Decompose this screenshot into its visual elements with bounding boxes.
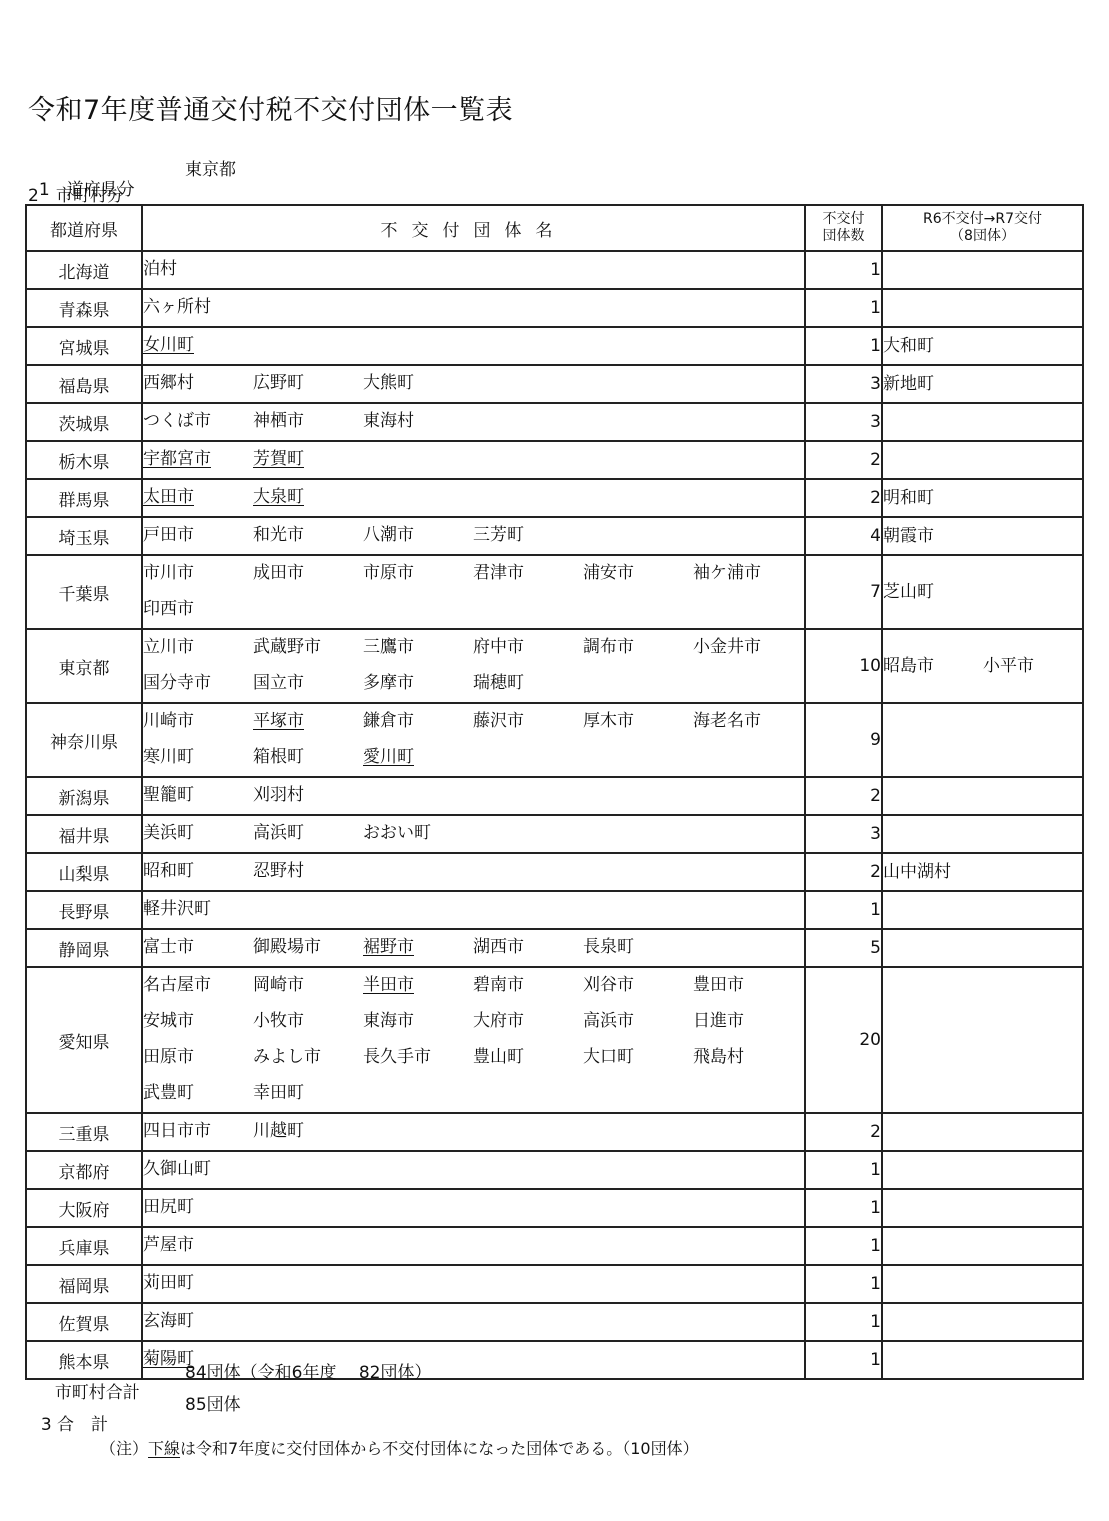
municipality-name-text: 和光市 bbox=[253, 525, 304, 545]
municipality-name: 鎌倉市 bbox=[363, 704, 473, 738]
prefecture-cell: 東京都 bbox=[26, 629, 142, 703]
prefecture-cell: 福岡県 bbox=[26, 1265, 142, 1303]
municipality-name: 寒川町 bbox=[143, 740, 253, 774]
count-cell: 2 bbox=[805, 853, 882, 891]
municipality-names-cell: 聖籠町刈羽村 bbox=[142, 777, 805, 815]
header-r6-line2: （8団体） bbox=[883, 228, 1082, 245]
municipality-line: つくば市神栖市東海村 bbox=[143, 404, 804, 440]
count-cell: 3 bbox=[805, 815, 882, 853]
municipality-line: 四日市市川越町 bbox=[143, 1114, 804, 1150]
municipality-name: 瑞穂町 bbox=[473, 666, 583, 700]
municipality-line: 安城市小牧市東海市大府市高浜市日進市 bbox=[143, 1004, 804, 1040]
prefecture-cell: 大阪府 bbox=[26, 1189, 142, 1227]
r6-municipality-name: 山中湖村 bbox=[883, 855, 983, 889]
municipality-name-text: 平塚市 bbox=[253, 711, 304, 731]
municipality-name-text: 碧南市 bbox=[473, 975, 524, 995]
municipality-name: 名古屋市 bbox=[143, 968, 253, 1002]
grand-total-label: 3 合 計 bbox=[41, 1415, 108, 1435]
non-grant-table: 都道府県 不交付団体名 不交付 団体数 R6不交付→R7交付 （8団体） 北海道… bbox=[25, 204, 1084, 1380]
table-row: 愛知県名古屋市岡崎市半田市碧南市刈谷市豊田市安城市小牧市東海市大府市高浜市日進市… bbox=[26, 967, 1083, 1113]
r6-to-r7-cell: 山中湖村 bbox=[882, 853, 1083, 891]
municipality-names-cell: 太田市大泉町 bbox=[142, 479, 805, 517]
municipality-name: 豊山町 bbox=[473, 1040, 583, 1074]
municipality-name-text: 袖ケ浦市 bbox=[693, 563, 761, 583]
prefecture-cell: 群馬県 bbox=[26, 479, 142, 517]
prefecture-cell: 栃木県 bbox=[26, 441, 142, 479]
page-title: 令和7年度普通交付税不交付団体一覧表 bbox=[28, 88, 513, 127]
municipality-name-text: 芦屋市 bbox=[143, 1235, 194, 1255]
municipality-name-text: つくば市 bbox=[143, 411, 211, 431]
municipality-name-text: 昭和町 bbox=[143, 861, 194, 881]
municipality-name: 武豊町 bbox=[143, 1076, 253, 1110]
r6-to-r7-cell bbox=[882, 1113, 1083, 1151]
table-row: 新潟県聖籠町刈羽村2 bbox=[26, 777, 1083, 815]
r6-to-r7-cell bbox=[882, 929, 1083, 967]
table-row: 埼玉県戸田市和光市八潮市三芳町4朝霞市 bbox=[26, 517, 1083, 555]
header-count-line1: 不交付 bbox=[806, 211, 881, 228]
municipality-names-cell: 宇都宮市芳賀町 bbox=[142, 441, 805, 479]
municipality-name: つくば市 bbox=[143, 404, 253, 438]
municipality-name: 六ヶ所村 bbox=[143, 290, 253, 324]
r6-to-r7-cell bbox=[882, 1303, 1083, 1341]
municipality-name: 大口町 bbox=[583, 1040, 693, 1074]
r6-municipality-name: 昭島市 bbox=[883, 649, 983, 683]
count-cell: 1 bbox=[805, 289, 882, 327]
prefecture-cell: 北海道 bbox=[26, 251, 142, 289]
municipality-name-text: みよし市 bbox=[253, 1047, 321, 1067]
prefecture-cell: 静岡県 bbox=[26, 929, 142, 967]
municipality-name-text: 西郷村 bbox=[143, 373, 194, 393]
municipality-name-text: 芳賀町 bbox=[253, 449, 304, 469]
municipality-name-text: 立川市 bbox=[143, 637, 194, 657]
municipality-name: 三鷹市 bbox=[363, 630, 473, 664]
municipality-names-cell: 泊村 bbox=[142, 251, 805, 289]
municipality-name-text: 成田市 bbox=[253, 563, 304, 583]
count-cell: 1 bbox=[805, 1189, 882, 1227]
municipality-name-text: 飛島村 bbox=[693, 1047, 744, 1067]
r6-municipality-name: 芝山町 bbox=[883, 575, 983, 609]
municipality-line: 苅田町 bbox=[143, 1266, 804, 1302]
municipality-name-text: 刈羽村 bbox=[253, 785, 304, 805]
r6-municipality-name: 小平市 bbox=[983, 649, 1083, 683]
table-row: 茨城県つくば市神栖市東海村3 bbox=[26, 403, 1083, 441]
count-cell: 9 bbox=[805, 703, 882, 777]
municipality-name-text: 高浜市 bbox=[583, 1011, 634, 1031]
count-cell: 2 bbox=[805, 1113, 882, 1151]
prefecture-cell: 三重県 bbox=[26, 1113, 142, 1151]
municipality-name-new: 芳賀町 bbox=[253, 442, 363, 476]
table-row: 群馬県太田市大泉町2明和町 bbox=[26, 479, 1083, 517]
municipality-name-text: 名古屋市 bbox=[143, 975, 211, 995]
prefecture-cell: 長野県 bbox=[26, 891, 142, 929]
municipality-name-new: 半田市 bbox=[363, 968, 473, 1002]
count-cell: 3 bbox=[805, 403, 882, 441]
municipality-name: 袖ケ浦市 bbox=[693, 556, 803, 590]
municipality-names-cell: 六ヶ所村 bbox=[142, 289, 805, 327]
municipality-name: 刈谷市 bbox=[583, 968, 693, 1002]
municipality-name: 府中市 bbox=[473, 630, 583, 664]
municipality-name-text: 東海村 bbox=[363, 411, 414, 431]
municipality-name: 碧南市 bbox=[473, 968, 583, 1002]
municipality-names-cell: 四日市市川越町 bbox=[142, 1113, 805, 1151]
count-cell: 1 bbox=[805, 1151, 882, 1189]
municipality-name: 市川市 bbox=[143, 556, 253, 590]
municipality-name-text: 神栖市 bbox=[253, 411, 304, 431]
r6-to-r7-cell bbox=[882, 703, 1083, 777]
header-names: 不交付団体名 bbox=[142, 205, 805, 251]
municipality-line: 六ヶ所村 bbox=[143, 290, 804, 326]
municipality-name-text: 裾野市 bbox=[363, 937, 414, 957]
table-row: 福岡県苅田町1 bbox=[26, 1265, 1083, 1303]
municipality-name-text: 東海市 bbox=[363, 1011, 414, 1031]
municipality-name: 幸田町 bbox=[253, 1076, 363, 1110]
table-row: 三重県四日市市川越町2 bbox=[26, 1113, 1083, 1151]
municipality-name-text: 日進市 bbox=[693, 1011, 744, 1031]
municipality-names-cell: 女川町 bbox=[142, 327, 805, 365]
table-header-row: 都道府県 不交付団体名 不交付 団体数 R6不交付→R7交付 （8団体） bbox=[26, 205, 1083, 251]
municipality-name-text: 市川市 bbox=[143, 563, 194, 583]
municipality-name: 武蔵野市 bbox=[253, 630, 363, 664]
municipality-name: 聖籠町 bbox=[143, 778, 253, 812]
footnote-text: は令和7年度に交付団体から不交付団体になった団体である。（10団体） bbox=[180, 1439, 699, 1458]
count-cell: 2 bbox=[805, 479, 882, 517]
table-row: 京都府久御山町1 bbox=[26, 1151, 1083, 1189]
municipality-name-text: 厚木市 bbox=[583, 711, 634, 731]
municipality-name: 国分寺市 bbox=[143, 666, 253, 700]
municipality-name-text: 幸田町 bbox=[253, 1083, 304, 1103]
municipality-name: 豊田市 bbox=[693, 968, 803, 1002]
prefecture-cell: 福井県 bbox=[26, 815, 142, 853]
municipality-name-new: 大泉町 bbox=[253, 480, 363, 514]
r6-to-r7-cell bbox=[882, 289, 1083, 327]
municipality-line: 戸田市和光市八潮市三芳町 bbox=[143, 518, 804, 554]
footnote-prefix: （注） bbox=[100, 1439, 148, 1458]
prefecture-cell: 京都府 bbox=[26, 1151, 142, 1189]
municipality-name-text: 三鷹市 bbox=[363, 637, 414, 657]
count-cell: 2 bbox=[805, 777, 882, 815]
r6-to-r7-cell: 芝山町 bbox=[882, 555, 1083, 629]
municipality-line: 聖籠町刈羽村 bbox=[143, 778, 804, 814]
municipality-name: 小牧市 bbox=[253, 1004, 363, 1038]
municipality-name: 湖西市 bbox=[473, 930, 583, 964]
municipality-line: 太田市大泉町 bbox=[143, 480, 804, 516]
r6-to-r7-cell bbox=[882, 441, 1083, 479]
count-cell: 10 bbox=[805, 629, 882, 703]
municipality-name: 田尻町 bbox=[143, 1190, 253, 1224]
municipality-name: 昭和町 bbox=[143, 854, 253, 888]
municipality-names-cell: 軽井沢町 bbox=[142, 891, 805, 929]
header-r6-line1: R6不交付→R7交付 bbox=[883, 211, 1082, 228]
municipality-name-text: 浦安市 bbox=[583, 563, 634, 583]
municipality-name-text: 君津市 bbox=[473, 563, 524, 583]
municipality-name: 美浜町 bbox=[143, 816, 253, 850]
municipality-name-text: 府中市 bbox=[473, 637, 524, 657]
municipality-name: 印西市 bbox=[143, 592, 253, 626]
municipality-name: 東海村 bbox=[363, 404, 473, 438]
municipality-name: 芦屋市 bbox=[143, 1228, 253, 1262]
municipality-name: 長泉町 bbox=[583, 930, 693, 964]
municipality-name-text: 田原市 bbox=[143, 1047, 194, 1067]
municipality-names-cell: 立川市武蔵野市三鷹市府中市調布市小金井市国分寺市国立市多摩市瑞穂町 bbox=[142, 629, 805, 703]
municipality-name-text: 小牧市 bbox=[253, 1011, 304, 1031]
table-row: 兵庫県芦屋市1 bbox=[26, 1227, 1083, 1265]
municipality-names-cell: 田尻町 bbox=[142, 1189, 805, 1227]
prefecture-cell: 佐賀県 bbox=[26, 1303, 142, 1341]
table-row: 栃木県宇都宮市芳賀町2 bbox=[26, 441, 1083, 479]
municipality-name-text: 大府市 bbox=[473, 1011, 524, 1031]
count-cell: 5 bbox=[805, 929, 882, 967]
municipality-name-text: 高浜町 bbox=[253, 823, 304, 843]
municipality-line: 国分寺市国立市多摩市瑞穂町 bbox=[143, 666, 804, 702]
municipality-name: 安城市 bbox=[143, 1004, 253, 1038]
r6-to-r7-cell bbox=[882, 1151, 1083, 1189]
municipality-name: 西郷村 bbox=[143, 366, 253, 400]
municipality-name: 調布市 bbox=[583, 630, 693, 664]
count-cell: 2 bbox=[805, 441, 882, 479]
municipality-name-text: 大口町 bbox=[583, 1047, 634, 1067]
table-row: 福井県美浜町高浜町おおい町3 bbox=[26, 815, 1083, 853]
table-row: 佐賀県玄海町1 bbox=[26, 1303, 1083, 1341]
municipality-names-cell: 名古屋市岡崎市半田市碧南市刈谷市豊田市安城市小牧市東海市大府市高浜市日進市田原市… bbox=[142, 967, 805, 1113]
r6-to-r7-cell bbox=[882, 251, 1083, 289]
count-cell: 1 bbox=[805, 251, 882, 289]
municipality-name-text: 太田市 bbox=[143, 487, 194, 507]
municipality-name: 君津市 bbox=[473, 556, 583, 590]
count-cell: 1 bbox=[805, 1265, 882, 1303]
municipality-names-cell: 玄海町 bbox=[142, 1303, 805, 1341]
municipal-total-value: 84団体（令和6年度 82団体） bbox=[185, 1358, 431, 1383]
r6-to-r7-cell bbox=[882, 967, 1083, 1113]
prefecture-cell: 福島県 bbox=[26, 365, 142, 403]
header-count: 不交付 団体数 bbox=[805, 205, 882, 251]
municipality-name-text: 鎌倉市 bbox=[363, 711, 414, 731]
footnote-underlined: 下線 bbox=[148, 1439, 180, 1458]
municipality-name-text: 安城市 bbox=[143, 1011, 194, 1031]
r6-to-r7-cell bbox=[882, 1227, 1083, 1265]
prefecture-cell: 神奈川県 bbox=[26, 703, 142, 777]
municipality-name-new: 平塚市 bbox=[253, 704, 363, 738]
municipality-line: 昭和町忍野村 bbox=[143, 854, 804, 890]
municipality-name: 国立市 bbox=[253, 666, 363, 700]
r6-municipality-name: 明和町 bbox=[883, 481, 983, 515]
municipality-name: 神栖市 bbox=[253, 404, 363, 438]
prefecture-cell: 愛知県 bbox=[26, 967, 142, 1113]
municipality-names-cell: 昭和町忍野村 bbox=[142, 853, 805, 891]
municipality-name: 広野町 bbox=[253, 366, 363, 400]
municipality-name: 田原市 bbox=[143, 1040, 253, 1074]
municipality-name-text: 武蔵野市 bbox=[253, 637, 321, 657]
table-row: 山梨県昭和町忍野村2山中湖村 bbox=[26, 853, 1083, 891]
header-prefecture: 都道府県 bbox=[26, 205, 142, 251]
table-row: 北海道泊村1 bbox=[26, 251, 1083, 289]
municipality-name-text: 忍野村 bbox=[253, 861, 304, 881]
municipality-line: 川崎市平塚市鎌倉市藤沢市厚木市海老名市 bbox=[143, 704, 804, 740]
municipality-line: 田原市みよし市長久手市豊山町大口町飛島村 bbox=[143, 1040, 804, 1076]
municipality-names-cell: 芦屋市 bbox=[142, 1227, 805, 1265]
table-row: 長野県軽井沢町1 bbox=[26, 891, 1083, 929]
municipality-name-text: 軽井沢町 bbox=[143, 899, 211, 919]
municipality-name: 川越町 bbox=[253, 1114, 363, 1148]
municipality-name: 軽井沢町 bbox=[143, 892, 253, 926]
municipality-line: 女川町 bbox=[143, 328, 804, 364]
grand-total-value: 85団体 bbox=[185, 1390, 241, 1415]
municipality-name: 日進市 bbox=[693, 1004, 803, 1038]
table-row: 青森県六ヶ所村1 bbox=[26, 289, 1083, 327]
table-row: 宮城県女川町1大和町 bbox=[26, 327, 1083, 365]
municipality-names-cell: 川崎市平塚市鎌倉市藤沢市厚木市海老名市寒川町箱根町愛川町 bbox=[142, 703, 805, 777]
municipality-name-text: 御殿場市 bbox=[253, 937, 321, 957]
municipality-name-text: 川崎市 bbox=[143, 711, 194, 731]
municipality-name-text: 半田市 bbox=[363, 975, 414, 995]
municipality-name: 成田市 bbox=[253, 556, 363, 590]
r6-to-r7-cell bbox=[882, 403, 1083, 441]
count-cell: 4 bbox=[805, 517, 882, 555]
municipality-name-text: 岡崎市 bbox=[253, 975, 304, 995]
municipality-name-text: 八潮市 bbox=[363, 525, 414, 545]
r6-municipality-name: 新地町 bbox=[883, 367, 983, 401]
count-cell: 1 bbox=[805, 327, 882, 365]
municipality-name-text: 小金井市 bbox=[693, 637, 761, 657]
prefecture-cell: 茨城県 bbox=[26, 403, 142, 441]
r6-to-r7-cell bbox=[882, 1341, 1083, 1379]
count-cell: 1 bbox=[805, 1227, 882, 1265]
municipality-name: 浦安市 bbox=[583, 556, 693, 590]
prefecture-cell: 埼玉県 bbox=[26, 517, 142, 555]
municipality-name: 飛島村 bbox=[693, 1040, 803, 1074]
municipality-name: 多摩市 bbox=[363, 666, 473, 700]
municipality-name-text: 富士市 bbox=[143, 937, 194, 957]
prefecture-cell: 宮城県 bbox=[26, 327, 142, 365]
municipality-name-text: 豊山町 bbox=[473, 1047, 524, 1067]
r6-to-r7-cell bbox=[882, 1189, 1083, 1227]
municipality-name-text: 苅田町 bbox=[143, 1273, 194, 1293]
municipality-name: 玄海町 bbox=[143, 1304, 253, 1338]
municipality-name-text: 長久手市 bbox=[363, 1047, 431, 1067]
municipality-name-text: 大熊町 bbox=[363, 373, 414, 393]
municipality-names-cell: 市川市成田市市原市君津市浦安市袖ケ浦市印西市 bbox=[142, 555, 805, 629]
prefecture-cell: 青森県 bbox=[26, 289, 142, 327]
municipality-name-new: 女川町 bbox=[143, 328, 253, 362]
municipality-name-text: 武豊町 bbox=[143, 1083, 194, 1103]
count-cell: 1 bbox=[805, 1303, 882, 1341]
municipality-names-cell: 美浜町高浜町おおい町 bbox=[142, 815, 805, 853]
municipality-name: 東海市 bbox=[363, 1004, 473, 1038]
count-cell: 1 bbox=[805, 891, 882, 929]
municipality-name: おおい町 bbox=[363, 816, 473, 850]
municipality-name-text: 多摩市 bbox=[363, 673, 414, 693]
municipality-name-text: 戸田市 bbox=[143, 525, 194, 545]
table-row: 神奈川県川崎市平塚市鎌倉市藤沢市厚木市海老名市寒川町箱根町愛川町9 bbox=[26, 703, 1083, 777]
municipality-line: 富士市御殿場市裾野市湖西市長泉町 bbox=[143, 930, 804, 966]
municipality-name: 高浜市 bbox=[583, 1004, 693, 1038]
municipality-name-text: 豊田市 bbox=[693, 975, 744, 995]
prefecture-cell: 兵庫県 bbox=[26, 1227, 142, 1265]
municipal-section-label: 2 市町村分 bbox=[28, 181, 124, 206]
municipality-name-new: 愛川町 bbox=[363, 740, 473, 774]
municipality-name-text: 美浜町 bbox=[143, 823, 194, 843]
municipality-name: 大熊町 bbox=[363, 366, 473, 400]
municipality-name-text: 市原市 bbox=[363, 563, 414, 583]
municipality-names-cell: 戸田市和光市八潮市三芳町 bbox=[142, 517, 805, 555]
municipality-name-text: 寒川町 bbox=[143, 747, 194, 767]
municipality-names-cell: 久御山町 bbox=[142, 1151, 805, 1189]
municipality-name: 藤沢市 bbox=[473, 704, 583, 738]
municipality-name: 立川市 bbox=[143, 630, 253, 664]
municipality-name-text: 三芳町 bbox=[473, 525, 524, 545]
municipality-name: 四日市市 bbox=[143, 1114, 253, 1148]
table-row: 福島県西郷村広野町大熊町3新地町 bbox=[26, 365, 1083, 403]
municipality-name-text: 六ヶ所村 bbox=[143, 297, 211, 317]
municipality-name: 富士市 bbox=[143, 930, 253, 964]
municipality-name-text: 箱根町 bbox=[253, 747, 304, 767]
municipality-name-new: 宇都宮市 bbox=[143, 442, 253, 476]
r6-to-r7-cell: 朝霞市 bbox=[882, 517, 1083, 555]
count-cell: 20 bbox=[805, 967, 882, 1113]
municipality-line: 芦屋市 bbox=[143, 1228, 804, 1264]
municipality-name: 箱根町 bbox=[253, 740, 363, 774]
municipality-line: 久御山町 bbox=[143, 1152, 804, 1188]
municipality-name-text: 長泉町 bbox=[583, 937, 634, 957]
municipality-name-text: 国立市 bbox=[253, 673, 304, 693]
grand-total: 3 合 計 85団体 bbox=[30, 1390, 108, 1455]
footnote: （注）下線は令和7年度に交付団体から不交付団体になった団体である。（10団体） bbox=[100, 1436, 699, 1459]
municipality-line: 名古屋市岡崎市半田市碧南市刈谷市豊田市 bbox=[143, 968, 804, 1004]
municipality-name: 高浜町 bbox=[253, 816, 363, 850]
header-r6-to-r7: R6不交付→R7交付 （8団体） bbox=[882, 205, 1083, 251]
municipality-name-text: 調布市 bbox=[583, 637, 634, 657]
municipality-line: 軽井沢町 bbox=[143, 892, 804, 928]
municipality-name: 苅田町 bbox=[143, 1266, 253, 1300]
municipality-name-text: 広野町 bbox=[253, 373, 304, 393]
municipality-name-new: 裾野市 bbox=[363, 930, 473, 964]
municipality-name-text: 玄海町 bbox=[143, 1311, 194, 1331]
municipality-name: みよし市 bbox=[253, 1040, 363, 1074]
municipality-name-new: 太田市 bbox=[143, 480, 253, 514]
prefecture-cell: 新潟県 bbox=[26, 777, 142, 815]
municipality-name: 小金井市 bbox=[693, 630, 803, 664]
municipality-name-text: 国分寺市 bbox=[143, 673, 211, 693]
r6-to-r7-cell bbox=[882, 891, 1083, 929]
municipality-names-cell: 西郷村広野町大熊町 bbox=[142, 365, 805, 403]
municipality-names-cell: つくば市神栖市東海村 bbox=[142, 403, 805, 441]
municipality-name: 久御山町 bbox=[143, 1152, 253, 1186]
r6-to-r7-cell: 明和町 bbox=[882, 479, 1083, 517]
municipality-name-text: 四日市市 bbox=[143, 1121, 211, 1141]
municipality-line: 美浜町高浜町おおい町 bbox=[143, 816, 804, 852]
municipality-line: 市川市成田市市原市君津市浦安市袖ケ浦市 bbox=[143, 556, 804, 592]
table-row: 千葉県市川市成田市市原市君津市浦安市袖ケ浦市印西市7芝山町 bbox=[26, 555, 1083, 629]
municipality-name-text: 海老名市 bbox=[693, 711, 761, 731]
municipality-name: 大府市 bbox=[473, 1004, 583, 1038]
municipality-name-text: 宇都宮市 bbox=[143, 449, 211, 469]
municipality-name: 八潮市 bbox=[363, 518, 473, 552]
count-cell: 3 bbox=[805, 365, 882, 403]
r6-to-r7-cell bbox=[882, 1265, 1083, 1303]
municipality-name-text: 川越町 bbox=[253, 1121, 304, 1141]
prefecture-cell: 千葉県 bbox=[26, 555, 142, 629]
municipality-line: 立川市武蔵野市三鷹市府中市調布市小金井市 bbox=[143, 630, 804, 666]
table-row: 静岡県富士市御殿場市裾野市湖西市長泉町5 bbox=[26, 929, 1083, 967]
header-count-line2: 団体数 bbox=[806, 228, 881, 245]
table-row: 東京都立川市武蔵野市三鷹市府中市調布市小金井市国分寺市国立市多摩市瑞穂町10昭島… bbox=[26, 629, 1083, 703]
municipality-name: 御殿場市 bbox=[253, 930, 363, 964]
municipality-name: 厚木市 bbox=[583, 704, 693, 738]
municipality-name: 海老名市 bbox=[693, 704, 803, 738]
r6-to-r7-cell: 昭島市小平市 bbox=[882, 629, 1083, 703]
r6-to-r7-cell: 新地町 bbox=[882, 365, 1083, 403]
municipality-line: 寒川町箱根町愛川町 bbox=[143, 740, 804, 776]
municipality-name: 刈羽村 bbox=[253, 778, 363, 812]
